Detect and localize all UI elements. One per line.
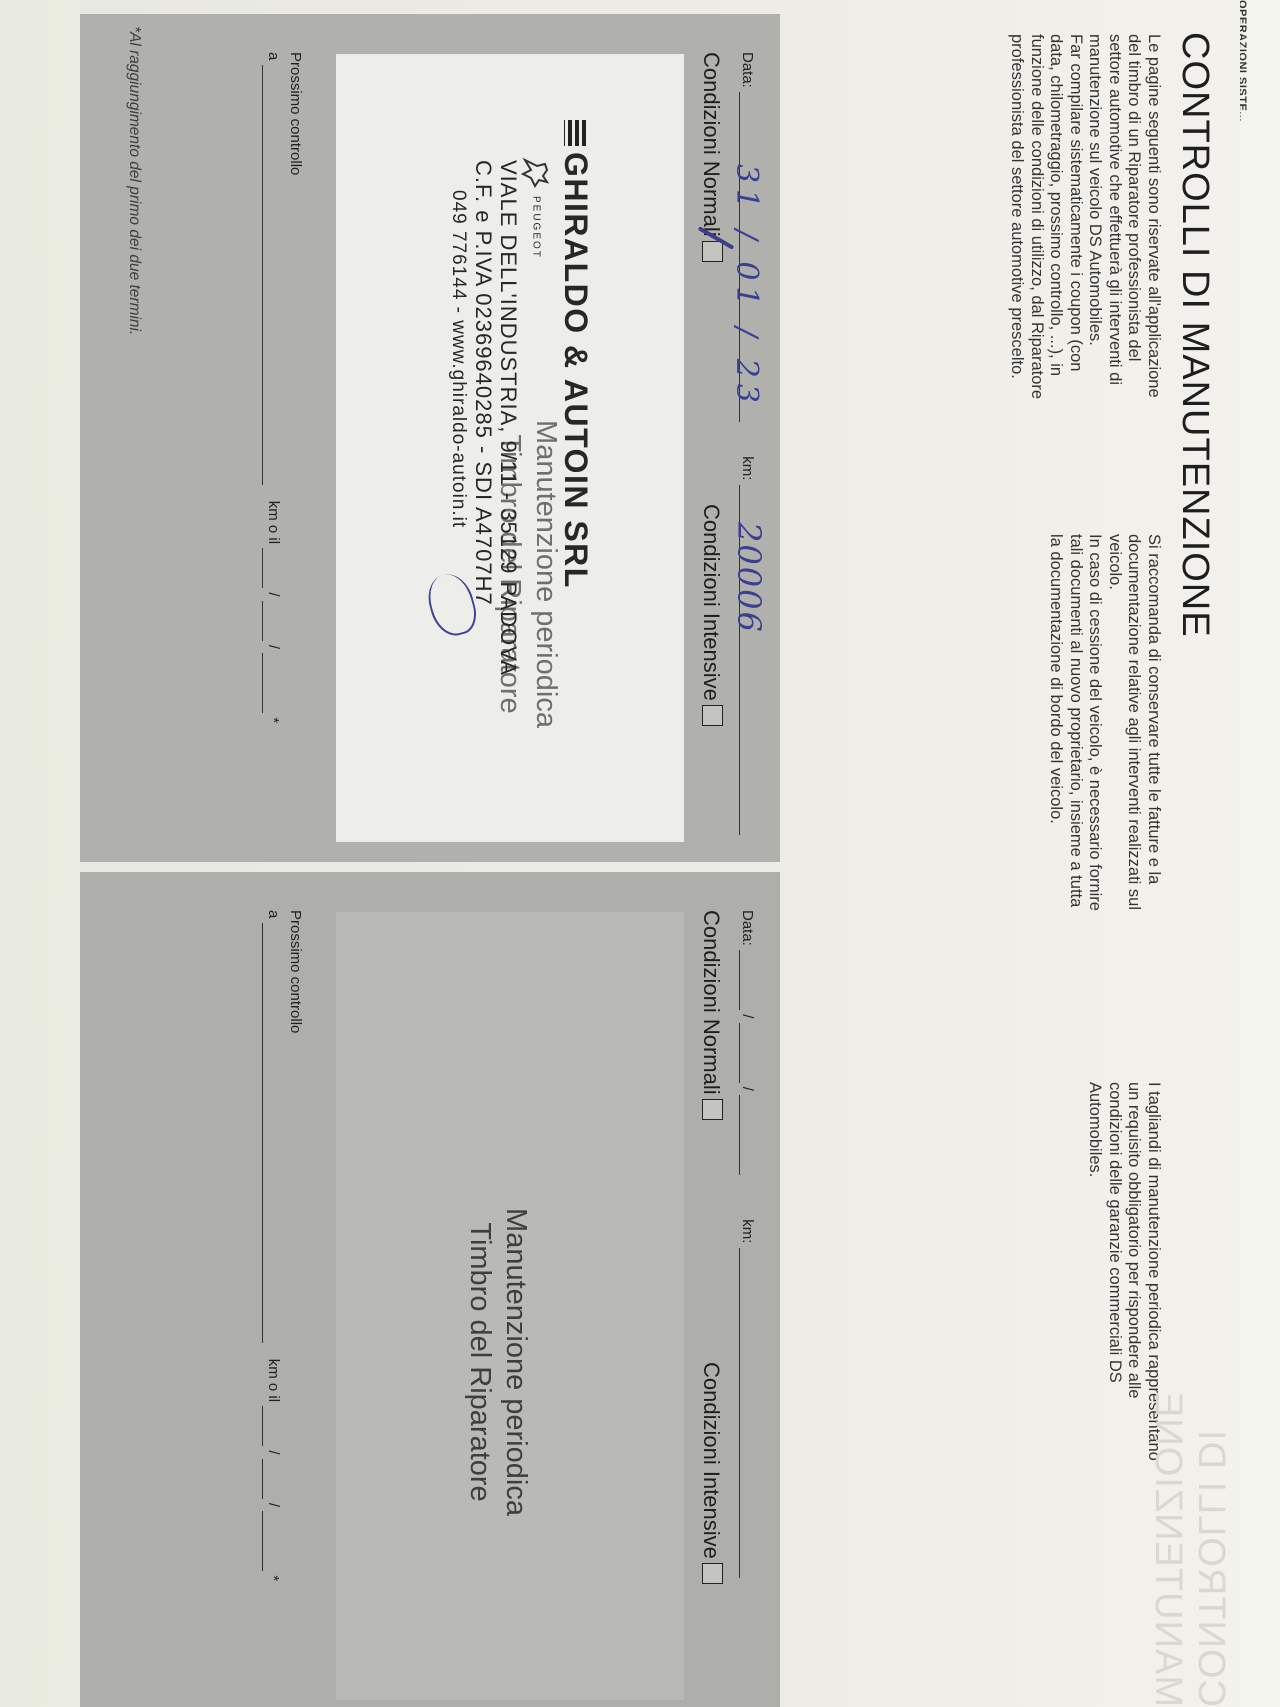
normal-conditions-checkbox[interactable] [702, 1099, 723, 1120]
day-field[interactable] [739, 950, 758, 1010]
km-label: km: [739, 1219, 756, 1243]
next-check-mid-label: km o il [265, 501, 282, 544]
footnote-marker: * [265, 717, 282, 723]
coupon-2-date-km-row: Data: / / km: [739, 910, 758, 1578]
intensive-conditions-label: Condizioni Intensive [699, 504, 724, 701]
normal-conditions-label: Condizioni Normali [699, 910, 724, 1095]
coupon-2: Data: / / km: Condizioni Normali Condizi… [80, 872, 780, 1707]
next-check-title: Prossimo controllo [284, 910, 306, 1581]
peugeot-lion-icon [521, 156, 551, 190]
date-separator: / [265, 645, 282, 649]
repairer-stamp-area: Manutenzione periodica Timbro del Ripara… [336, 912, 684, 1700]
next-check-row: a km o il / / * [262, 910, 284, 1581]
intensive-conditions-checkbox[interactable] [702, 1563, 723, 1584]
normal-conditions-checkbox[interactable] [702, 241, 723, 262]
next-check-month-field[interactable] [262, 601, 281, 641]
normal-conditions-option[interactable]: Condizioni Normali [698, 52, 724, 262]
next-check-title: Prossimo controllo [284, 52, 306, 723]
next-check-year-field[interactable] [262, 653, 281, 713]
normal-conditions-option[interactable]: Condizioni Normali [698, 910, 724, 1120]
year-field[interactable] [739, 1095, 758, 1175]
footnote: *Al raggiungimento del primo dei due ter… [125, 26, 143, 335]
logo-bars-icon [565, 120, 587, 146]
stamp-brand-line: PEUGEOT [521, 160, 551, 680]
stamp-company-name: GHIRALDO & AUTOIN SRL [557, 152, 594, 589]
next-check: Prossimo controllo a km o il / / * [262, 910, 306, 1581]
stamp-address: VIALE DELL'INDUSTRIA, 9/11 - 35129 PADOV… [496, 160, 521, 680]
coupon-1: Data: km: 31 / 01 / 23 20006 Condizioni … [80, 14, 780, 862]
date-separator: / [739, 1014, 756, 1018]
intro-column-2: Si raccomanda di conservare tutte le fat… [1007, 534, 1163, 1054]
intensive-conditions-option[interactable]: Condizioni Intensive [698, 504, 724, 726]
date-separator: / [265, 592, 282, 596]
handwritten-km: 20006 [730, 522, 768, 634]
intensive-conditions-option[interactable]: Condizioni Intensive [698, 1362, 724, 1584]
date-separator: / [265, 1450, 282, 1454]
intensive-conditions-label: Condizioni Intensive [699, 1362, 724, 1559]
next-check-prefix: a [265, 910, 282, 918]
stamp-brand: PEUGEOT [531, 196, 542, 259]
stamp-placeholder: Manutenzione periodica Timbro del Ripara… [462, 1142, 534, 1582]
handwritten-date: 31 / 01 / 23 [729, 164, 764, 409]
repairer-stamp-area: Manutenzione periodica Timbro del Ripara… [336, 54, 684, 842]
footnote-marker: * [265, 1575, 282, 1581]
intro-column-3: I tagliandi di manutenzione periodica ra… [1007, 1082, 1163, 1642]
coupon-1-date-km-row: Data: km: 31 / 01 / 23 20006 [739, 52, 758, 835]
bleed-through-title: CONTROLLI DI MANUTENZIONE [1146, 1110, 1232, 1707]
intro-column-1: Le pagine seguenti sono riservate all'ap… [1007, 34, 1163, 534]
date-label: Data: [739, 52, 756, 88]
intensive-conditions-checkbox[interactable] [702, 705, 723, 726]
normal-conditions-label: Condizioni Normali [699, 52, 724, 237]
km-field[interactable] [739, 1248, 758, 1578]
maintenance-booklet-page: CONTROLLI DI MANUTENZIONE CONTROLLI DI M… [80, 0, 1240, 1707]
month-field[interactable] [739, 1023, 758, 1083]
intro-text: Le pagine seguenti sono riservate all'ap… [1007, 34, 1163, 1687]
next-check-km-field[interactable] [262, 65, 281, 485]
date-separator: / [265, 1503, 282, 1507]
next-check-day-field[interactable] [262, 1406, 281, 1446]
next-check-month-field[interactable] [262, 1459, 281, 1499]
next-check-row: a km o il / / * [262, 52, 284, 723]
next-check-km-field[interactable] [262, 923, 281, 1343]
date-label: Data: [739, 910, 756, 946]
km-label: km: [739, 456, 756, 480]
stamp-company: GHIRALDO & AUTOIN SRL [557, 120, 594, 680]
date-separator: / [739, 1087, 756, 1091]
stamp-tax-id: C.F. e P.IVA 02369640285 - SDI A4707H7 [471, 160, 496, 680]
next-check-year-field[interactable] [262, 1511, 281, 1571]
next-check-prefix: a [265, 52, 282, 60]
next-check: Prossimo controllo a km o il / / * [262, 52, 306, 723]
coupon-list: Data: km: 31 / 01 / 23 20006 Condizioni … [80, 0, 780, 1707]
next-check-mid-label: km o il [265, 1359, 282, 1402]
next-check-day-field[interactable] [262, 548, 281, 588]
